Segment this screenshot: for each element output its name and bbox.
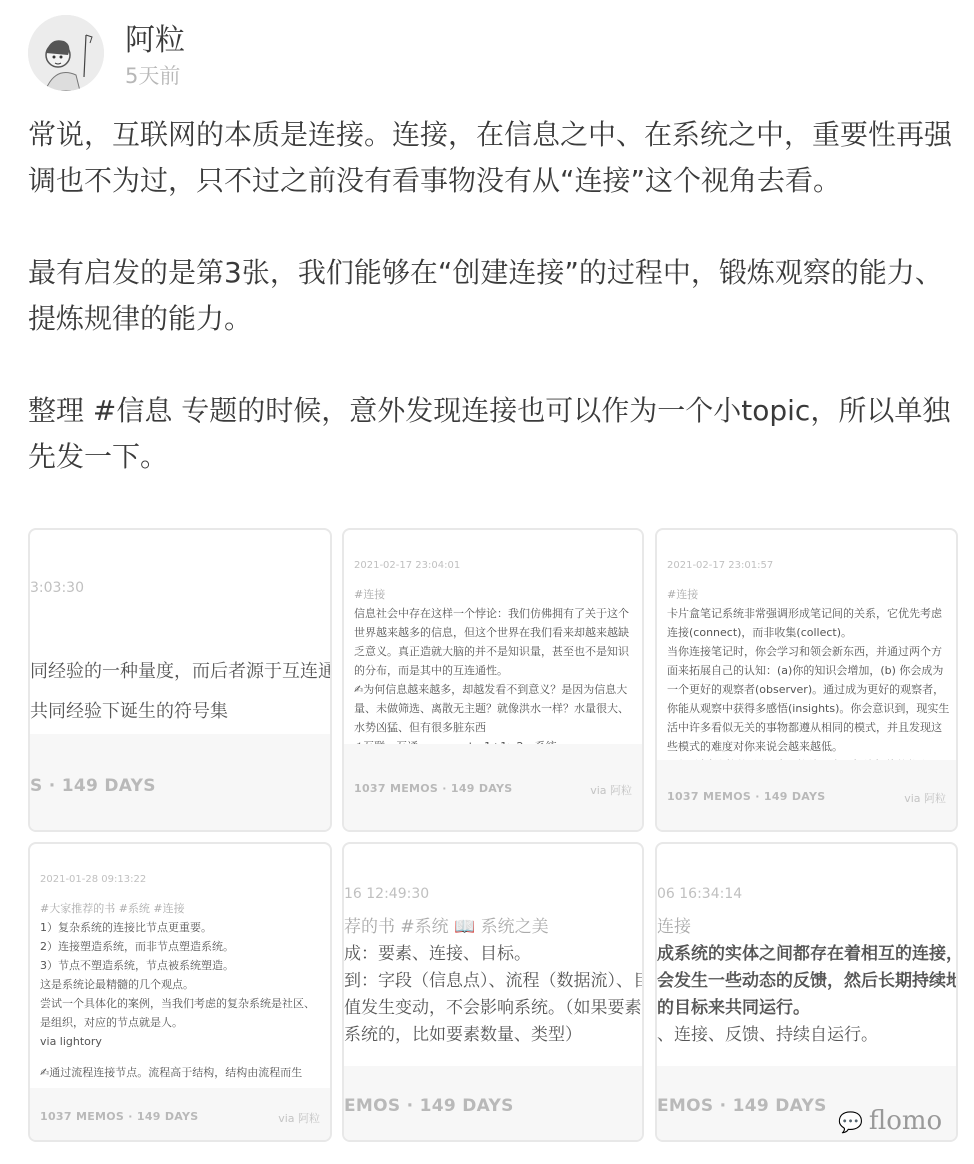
card-line: ✍为何信息越来越多，却越发看不到意义？是因为信息大量、未做筛选、离散无主题？就像… — [354, 680, 636, 737]
card-via: via 阿粒 — [278, 1110, 320, 1126]
card-line: ✍通过流程连接节点。流程高于结构，结构由流程而生 — [40, 1063, 324, 1082]
card-stats: EMOS · 149 DAYS — [344, 1096, 514, 1116]
card-tag: 连接 — [657, 914, 950, 941]
card-body: 荐的书 #系统 📖 系统之美 成：要素、连接、目标。 到：字段（信息点）、流程（… — [344, 914, 636, 1049]
card-body: 连接 成系统的实体之间都存在着相互的连接，而这些 会发生一些动态的反馈，然后长期… — [657, 914, 950, 1049]
card-line: 会发生一些动态的反馈，然后长期持续地为了一 — [657, 968, 950, 995]
avatar-illustration-icon — [28, 15, 104, 91]
card-line: 3）节点不塑造系统，节点被系统塑造。 — [40, 956, 324, 975]
card-line: 1）复杂系统的连接比节点更重要。 — [40, 918, 324, 937]
card-line: 到：字段（信息点）、流程（数据流）、目标 — [344, 968, 636, 995]
card-date: 06 16:34:14 — [657, 886, 742, 902]
card-tag: 荐的书 #系统 📖 系统之美 — [344, 914, 636, 941]
card-body: #大家推荐的书 #系统 #连接 1）复杂系统的连接比节点更重要。 2）连接塑造系… — [40, 899, 324, 1082]
card-footer: EMOS · 149 DAYS — [344, 1066, 642, 1140]
card-via: via 阿粒 — [904, 790, 946, 806]
card-line: 尝试一个具体化的案例，当我们考虑的复杂系统是社区、是组织，对应的节点就是人。 — [40, 994, 324, 1032]
card-date: 16 12:49:30 — [344, 886, 429, 902]
image-card[interactable]: 2021-02-17 23:04:01 #连接 信息社会中存在这样一个悖论：我们… — [342, 528, 644, 832]
card-footer: 1037 MEMOS · 149 DAYS via 阿粒 — [657, 760, 956, 830]
card-via: via 阿粒 — [590, 782, 632, 798]
image-card[interactable]: 2021-01-28 09:13:22 #大家推荐的书 #系统 #连接 1）复杂… — [28, 842, 332, 1142]
card-date: 2021-01-28 09:13:22 — [40, 874, 146, 885]
card-line: 这是系统论最精髓的几个观点。 — [40, 975, 324, 994]
card-line: 的目标来共同运行。 — [657, 995, 950, 1022]
image-card[interactable]: 3:03:30 同经验的一种量度，而后者源于互连通 共同经验下诞生的符号集 S … — [28, 528, 332, 832]
card-footer: S · 149 DAYS — [30, 734, 330, 830]
card-line: 2）连接塑造系统，而非节点塑造系统。 — [40, 937, 324, 956]
card-line: 信息社会中存在这样一个悖论：我们仿佛拥有了关于这个世界越来越多的信息，但这个世界… — [354, 604, 636, 680]
author-name[interactable]: 阿粒 — [125, 22, 185, 60]
post-time: 5天前 — [125, 62, 180, 90]
card-line: 成：要素、连接、目标。 — [344, 941, 636, 968]
card-line: 系统的，比如要素数量、类型） — [344, 1022, 636, 1049]
card-footer: 1037 MEMOS · 149 DAYS via 阿粒 — [30, 1088, 330, 1140]
card-footer: 1037 MEMOS · 149 DAYS via 阿粒 — [344, 744, 642, 830]
wechat-icon: 💬 — [838, 1110, 863, 1134]
card-tag: #连接 — [354, 585, 636, 604]
post-paragraph: 整理 #信息 专题的时候，意外发现连接也可以作为一个小topic，所以单独先发一… — [28, 388, 963, 480]
card-line: 同经验的一种量度，而后者源于互连通 — [30, 652, 324, 692]
card-tag: #连接 — [667, 585, 950, 604]
image-card[interactable]: 16 12:49:30 荐的书 #系统 📖 系统之美 成：要素、连接、目标。 到… — [342, 842, 644, 1142]
card-stats: 1037 MEMOS · 149 DAYS — [40, 1110, 199, 1123]
card-tag: #大家推荐的书 #系统 #连接 — [40, 899, 324, 918]
card-stats: 1037 MEMOS · 149 DAYS — [667, 790, 826, 803]
post-text: 常说，互联网的本质是连接。连接，在信息之中、在系统之中，重要性再强调也不为过，只… — [28, 112, 963, 526]
card-date: 2021-02-17 23:01:57 — [667, 560, 773, 571]
image-card[interactable]: 06 16:34:14 连接 成系统的实体之间都存在着相互的连接，而这些 会发生… — [655, 842, 958, 1142]
card-line: 、连接、反馈、持续自运行。 — [657, 1022, 950, 1049]
card-stats: 1037 MEMOS · 149 DAYS — [354, 782, 513, 795]
card-body: 同经验的一种量度，而后者源于互连通 共同经验下诞生的符号集 — [30, 652, 324, 732]
card-stats: EMOS · 149 DAYS — [657, 1096, 827, 1116]
card-line: 共同经验下诞生的符号集 — [30, 692, 324, 732]
image-card[interactable]: 2021-02-17 23:01:57 #连接 卡片盒笔记系统非常强调形成笔记间… — [655, 528, 958, 832]
card-line: 值发生变动，不会影响系统。（如果要素变动了 — [344, 995, 636, 1022]
card-date: 3:03:30 — [30, 580, 84, 596]
flomo-watermark: 💬flomo — [838, 1106, 942, 1136]
post-paragraph: 常说，互联网的本质是连接。连接，在信息之中、在系统之中，重要性再强调也不为过，只… — [28, 112, 963, 204]
card-stats: S · 149 DAYS — [30, 776, 156, 796]
card-body: #连接 卡片盒笔记系统非常强调形成笔记间的关系，它优先考虑连接(connect)… — [667, 585, 950, 775]
card-line: 当你连接笔记时，你会学习和领会新东西，并通过两个方面来拓展自己的认知：(a)你的… — [667, 642, 950, 756]
avatar[interactable] — [28, 15, 104, 91]
card-body: #连接 信息社会中存在这样一个悖论：我们仿佛拥有了关于这个世界越来越多的信息，但… — [354, 585, 636, 756]
card-line: 卡片盒笔记系统非常强调形成笔记间的关系，它优先考虑连接(connect)，而非收… — [667, 604, 950, 642]
post-paragraph: 最有启发的是第3张，我们能够在“创建连接”的过程中，锻炼观察的能力、提炼规律的能… — [28, 250, 963, 342]
card-line: 成系统的实体之间都存在着相互的连接，而这些 — [657, 941, 950, 968]
watermark-label: flomo — [869, 1106, 942, 1136]
card-date: 2021-02-17 23:04:01 — [354, 560, 460, 571]
card-line: via lightory — [40, 1032, 324, 1051]
